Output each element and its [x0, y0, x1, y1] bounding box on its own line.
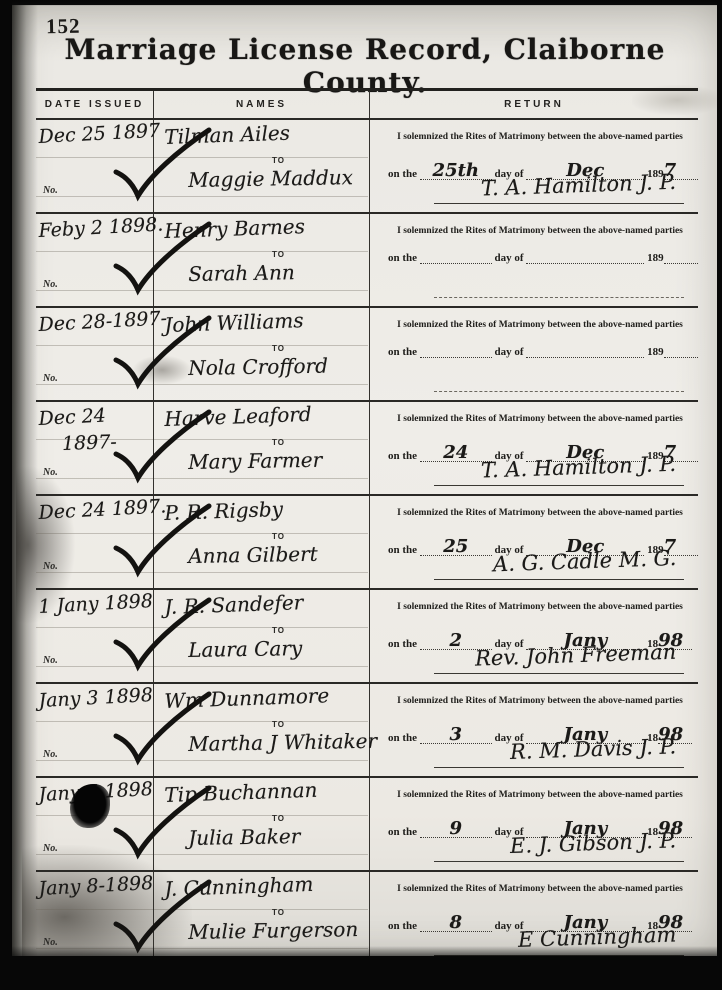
table-row: Dec 25 1897 No. Tilman Ailes TO Maggie M… [36, 120, 698, 214]
column-header-names: NAMES [154, 91, 370, 118]
date-issued-cell: Dec 25 1897 No. [36, 120, 154, 212]
table-body: Dec 25 1897 No. Tilman Ailes TO Maggie M… [36, 120, 698, 966]
signature-line [434, 361, 684, 392]
checkmark-stroke [112, 126, 214, 202]
return-cell: I solemnized the Rites of Matrimony betw… [370, 214, 698, 306]
table-row: Feby 2 1898. No. Henry Barnes TO Sarah A… [36, 214, 698, 308]
marriage-record-table: DATE ISSUED NAMES RETURN Dec 25 1897 No.… [36, 88, 698, 966]
date-issued-cell: 1 Jany 1898 No. [36, 590, 154, 682]
signature-line: E. J. Gibson J. P. [434, 831, 684, 862]
return-cell: I solemnized the Rites of Matrimony betw… [370, 590, 698, 682]
on-the-label: on the [388, 544, 417, 556]
on-the-label: on the [388, 168, 417, 180]
return-statement: I solemnized the Rites of Matrimony betw… [386, 132, 694, 142]
bride-name-handwriting: Martha J Whitaker [188, 729, 377, 756]
return-cell: I solemnized the Rites of Matrimony betw… [370, 308, 698, 400]
on-the-label: on the [388, 920, 417, 932]
on-the-label: on the [388, 826, 417, 838]
ink-blot [70, 784, 110, 828]
on-the-label: on the [388, 732, 417, 744]
to-label: TO [272, 626, 285, 635]
checkmark-stroke [112, 408, 214, 484]
signature-line [434, 267, 684, 298]
day-of-label: day of [495, 346, 524, 358]
return-statement: I solemnized the Rites of Matrimony betw… [386, 226, 694, 236]
return-cell: I solemnized the Rites of Matrimony betw… [370, 684, 698, 776]
return-date-line: on the day of 189 [388, 346, 688, 358]
no-label: No. [43, 373, 58, 384]
return-statement: I solemnized the Rites of Matrimony betw… [386, 884, 694, 894]
printed-year-prefix: 189 [647, 252, 664, 264]
date-issued-cell: Jany 3 1898 No. [36, 684, 154, 776]
printed-year-prefix: 189 [647, 346, 664, 358]
signature: T. A. Hamilton J. P. [481, 169, 685, 200]
signature-line: R. M. Davis J. P. [434, 737, 684, 768]
table-row: Dec 24 1897. No. P. R. Rigsby TO Anna Gi… [36, 496, 698, 590]
signature-line: T. A. Hamilton J. P. [434, 455, 684, 486]
date-issued-cell: Dec 24 1897- No. [36, 402, 154, 494]
signature-line: Rev. John Freeman [434, 643, 684, 674]
checkmark-stroke [112, 502, 214, 578]
scan-edge-top [0, 0, 722, 6]
scan-edge-bottom [0, 956, 722, 990]
signature-line: A. G. Cadle M. G. [434, 549, 684, 580]
to-label: TO [272, 156, 285, 165]
table-row: Jany 5 1898 No. Tip Buchannan TO Julia B… [36, 778, 698, 872]
ledger-page: 152 Marriage License Record, Claiborne C… [12, 5, 718, 957]
return-statement: I solemnized the Rites of Matrimony betw… [386, 508, 694, 518]
table-row: 1 Jany 1898 No. J. R. Sandefer TO Laura … [36, 590, 698, 684]
no-label: No. [43, 843, 58, 854]
return-statement: I solemnized the Rites of Matrimony betw… [386, 696, 694, 706]
return-date-line: on the day of 189 [388, 252, 688, 264]
no-label: No. [43, 655, 58, 666]
on-the-label: on the [388, 346, 417, 358]
signature: R. M. Davis J. P. [510, 734, 685, 764]
on-the-label: on the [388, 450, 417, 462]
table-row: Dec 28-1897- No. John Williams TO Nola C… [36, 308, 698, 402]
to-label: TO [272, 250, 285, 259]
return-statement: I solemnized the Rites of Matrimony betw… [386, 320, 694, 330]
on-the-label: on the [388, 252, 417, 264]
to-label: TO [272, 344, 285, 353]
signature: E. J. Gibson J. P. [510, 828, 685, 858]
checkmark-stroke [112, 878, 214, 954]
to-label: TO [272, 814, 285, 823]
scan-smudge [12, 5, 38, 957]
scan-edge-right [717, 0, 722, 990]
to-label: TO [272, 438, 285, 447]
to-label: TO [272, 908, 285, 917]
to-label: TO [272, 532, 285, 541]
no-label: No. [43, 279, 58, 290]
checkmark-stroke [112, 690, 214, 766]
date-issued-cell: Feby 2 1898. No. [36, 214, 154, 306]
table-row: Dec 24 1897- No. Harve Leaford TO Mary F… [36, 402, 698, 496]
no-label: No. [43, 561, 58, 572]
checkmark-stroke [112, 220, 214, 296]
day-of-label: day of [495, 252, 524, 264]
return-statement: I solemnized the Rites of Matrimony betw… [386, 414, 694, 424]
return-statement: I solemnized the Rites of Matrimony betw… [386, 602, 694, 612]
no-label: No. [43, 749, 58, 760]
date-issued-cell: Dec 28-1897- No. [36, 308, 154, 400]
signature: Rev. John Freeman [474, 639, 684, 670]
signature: A. G. Cadle M. G. [492, 546, 684, 577]
column-header-date-issued: DATE ISSUED [36, 91, 154, 118]
return-statement: I solemnized the Rites of Matrimony betw… [386, 790, 694, 800]
checkmark-stroke [112, 596, 214, 672]
checkmark-stroke [112, 784, 214, 860]
date-issued-cell: Dec 24 1897. No. [36, 496, 154, 588]
return-cell: I solemnized the Rites of Matrimony betw… [370, 496, 698, 588]
table-row: Jany 3 1898 No. Wm Dunnamore TO Martha J… [36, 684, 698, 778]
on-the-label: on the [388, 638, 417, 650]
date-issued-handwriting: Dec 24 [38, 404, 106, 429]
date-issued-handwriting-line2: 1897- [62, 431, 118, 455]
date-issued-cell: Jany 5 1898 No. [36, 778, 154, 870]
column-header-return: RETURN [370, 91, 698, 118]
no-label: No. [43, 185, 58, 196]
table-header-row: DATE ISSUED NAMES RETURN [36, 91, 698, 120]
signature: T. A. Hamilton J. P. [481, 451, 685, 482]
signature-line: T. A. Hamilton J. P. [434, 173, 684, 204]
checkmark-stroke [112, 314, 214, 390]
scan-edge-left [0, 0, 12, 990]
return-cell: I solemnized the Rites of Matrimony betw… [370, 120, 698, 212]
return-cell: I solemnized the Rites of Matrimony betw… [370, 402, 698, 494]
to-label: TO [272, 720, 285, 729]
no-label: No. [43, 467, 58, 478]
return-cell: I solemnized the Rites of Matrimony betw… [370, 778, 698, 870]
